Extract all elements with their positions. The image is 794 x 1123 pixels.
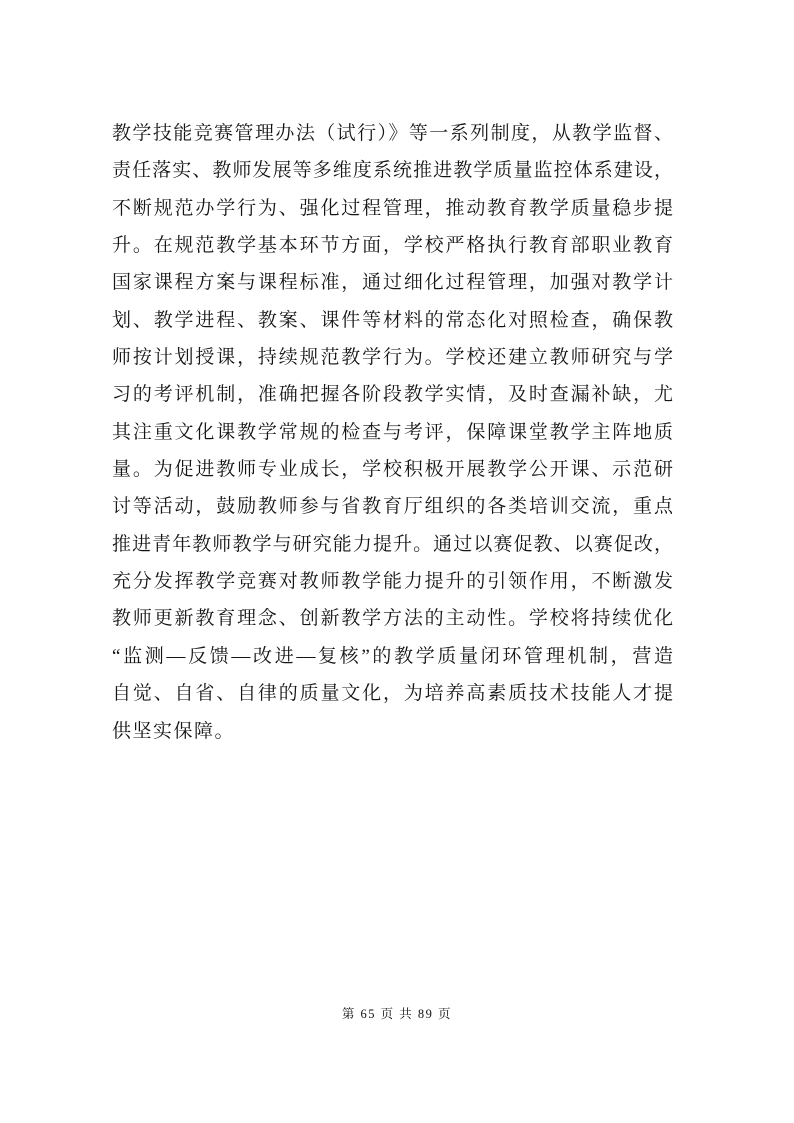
text-line: 教师更新教育理念、创新教学方法的主动性。学校将持续优化 [112,600,673,637]
text-line: 教学技能竞赛管理办法（试行）》等一系列制度，从教学监督、 [112,115,673,152]
text-line: 量。为促进教师专业成长，学校积极开展教学公开课、示范研 [112,451,673,488]
text-line: 习的考评机制，准确把握各阶段教学实情，及时查漏补缺，尤 [112,376,673,413]
text-line: 其注重文化课教学常规的检查与考评，保障课堂教学主阵地质 [112,414,673,451]
document-page: 教学技能竞赛管理办法（试行）》等一系列制度，从教学监督、责任落实、教师发展等多维… [0,0,794,1123]
page-number: 第 65 页 共 89 页 [342,1007,452,1021]
text-line: 师按计划授课，持续规范教学行为。学校还建立教师研究与学 [112,339,673,376]
text-line: 国家课程方案与课程标准，通过细化过程管理，加强对教学计 [112,264,673,301]
body-paragraph: 教学技能竞赛管理办法（试行）》等一系列制度，从教学监督、责任落实、教师发展等多维… [112,115,673,750]
text-line: 讨等活动，鼓励教师参与省教育厅组织的各类培训交流，重点 [112,488,673,525]
text-line: 责任落实、教师发展等多维度系统推进教学质量监控体系建设， [112,152,673,189]
text-line: 充分发挥教学竞赛对教师教学能力提升的引领作用，不断激发 [112,563,673,600]
text-line: 升。在规范教学基本环节方面，学校严格执行教育部职业教育 [112,227,673,264]
text-line: “监测—反馈—改进—复核”的教学质量闭环管理机制，营造 [112,638,673,675]
text-line: 自觉、自省、自律的质量文化，为培养高素质技术技能人才提 [112,675,673,712]
text-line: 供坚实保障。 [112,713,673,750]
page-footer: 第 65 页 共 89 页 [0,1004,794,1022]
text-line: 划、教学进程、教案、课件等材料的常态化对照检查，确保教 [112,302,673,339]
text-line: 推进青年教师教学与研究能力提升。通过以赛促教、以赛促改， [112,526,673,563]
text-line: 不断规范办学行为、强化过程管理，推动教育教学质量稳步提 [112,190,673,227]
